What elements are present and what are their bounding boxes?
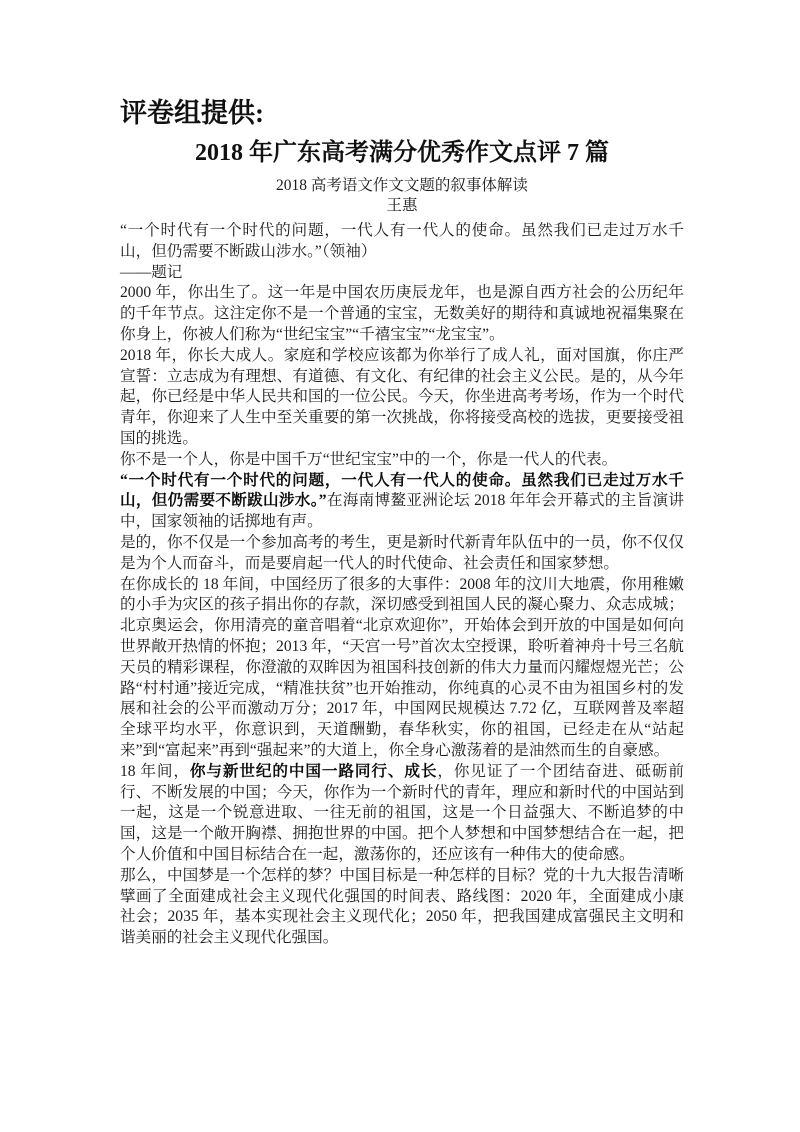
- epigraph-quote: “一个时代有一个时代的问题，一代人有一代人的使命。虽然我们已走过万水千山，但仍需…: [120, 221, 684, 263]
- document-content: 评卷组提供: 2018 年广东高考满分优秀作文点评 7 篇 2018 高考语文作…: [120, 96, 684, 949]
- eighteen-years-lead-text: 18 年间，: [120, 763, 190, 780]
- paragraph-not-alone: 你不是一个人，你是中国千万“世纪宝宝”中的一个，你是一代人的代表。: [120, 450, 684, 471]
- document-title: 2018 年广东高考满分优秀作文点评 7 篇: [120, 138, 684, 169]
- document-subtitle: 2018 高考语文作文文题的叙事体解读: [120, 176, 684, 196]
- paragraph-eighteen-years: 18 年间，你与新世纪的中国一路同行、成长，你见证了一个团结奋进、砥砺前行、不断…: [120, 762, 684, 866]
- eighteen-years-bold-text: 你与新世纪的中国一路同行、成长: [190, 763, 438, 780]
- document-author: 王惠: [120, 196, 684, 216]
- paragraph-leader-quote: “一个时代有一个时代的问题，一代人有一代人的使命。虽然我们已走过万水千山，但仍需…: [120, 471, 684, 533]
- paragraph-born-2000: 2000 年，你出生了。这一年是中国农历庚辰龙年，也是源自西方社会的公历纪年的千…: [120, 283, 684, 345]
- paragraph-china-dream: 那么，中国梦是一个怎样的梦？中国目标是一种怎样的目标？党的十九大报告清晰擘画了全…: [120, 866, 684, 949]
- document-page: 评卷组提供: 2018 年广东高考满分优秀作文点评 7 篇 2018 高考语文作…: [0, 0, 800, 1132]
- paragraph-adult-2018: 2018 年，你长大成人。家庭和学校应该都为你举行了成人礼，面对国旗，你庄严宣誓…: [120, 346, 684, 450]
- paragraph-national-events: 在你成长的 18 年间，中国经历了很多的大事件：2008 年的汶川大地震，你用稚…: [120, 575, 684, 762]
- paragraph-examinee-mission: 是的，你不仅是一个参加高考的考生，更是新时代新青年队伍中的一员，你不仅仅是为个人…: [120, 533, 684, 575]
- epigraph-attribution: ——题记: [120, 263, 684, 284]
- essay-body: “一个时代有一个时代的问题，一代人有一代人的使命。虽然我们已走过万水千山，但仍需…: [120, 221, 684, 949]
- document-source-header: 评卷组提供:: [120, 96, 684, 130]
